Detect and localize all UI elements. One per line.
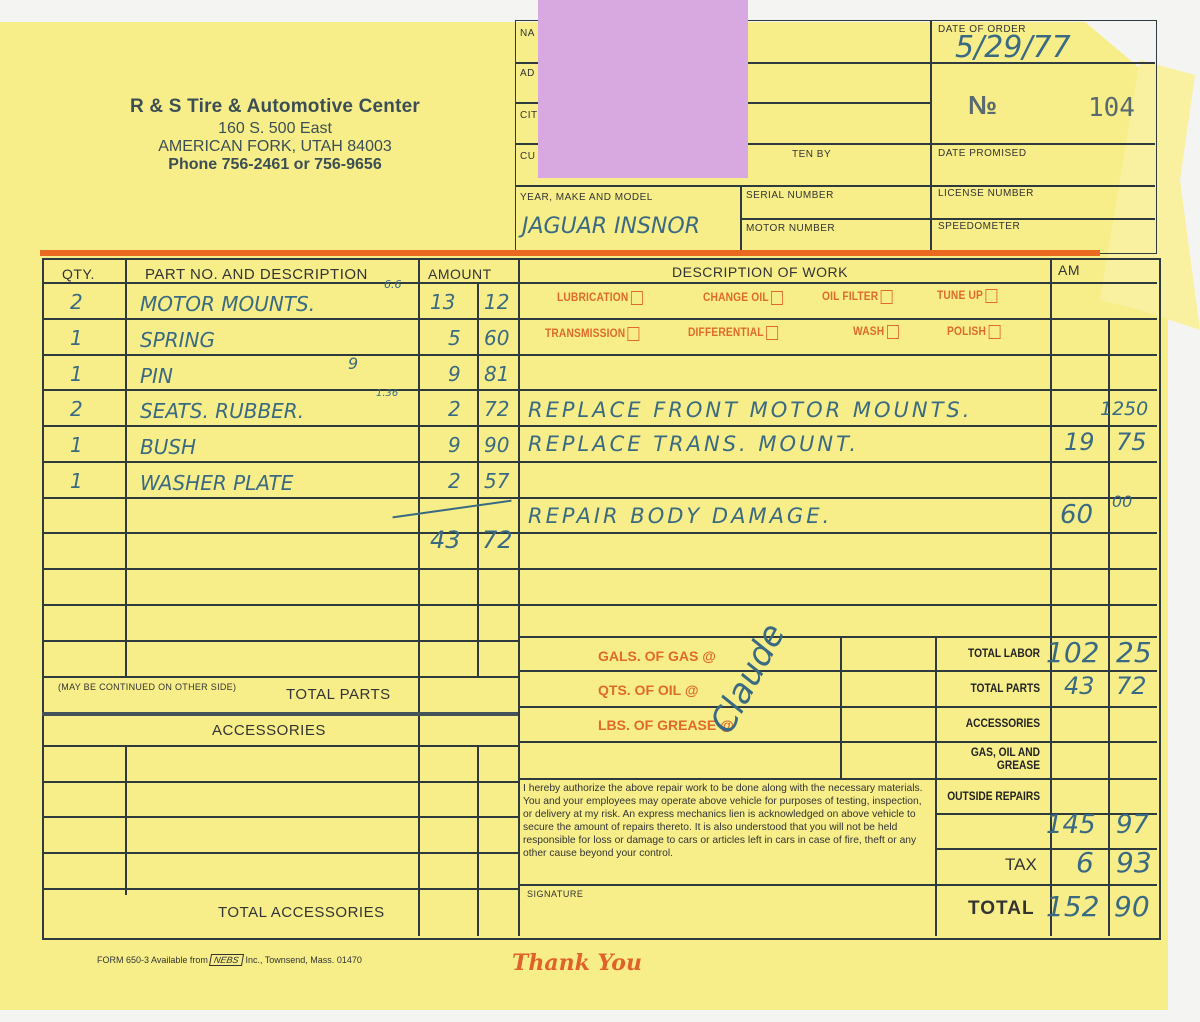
total-labor-label: TOTAL LABOR [947, 647, 1041, 660]
date-promised-label: DATE PROMISED [938, 148, 1027, 159]
note-cell: 1.36 [376, 388, 398, 399]
service-transmission[interactable]: TRANSMISSION [545, 326, 640, 341]
form-footer: FORM 650-3 Available from NEBS Inc., Tow… [97, 954, 362, 966]
subtotal-cents: 97 [1116, 810, 1149, 840]
description-cell: PIN [140, 364, 173, 388]
checkbox[interactable] [771, 291, 783, 305]
serial-number-label: SERIAL NUMBER [746, 190, 834, 201]
dollars-cell: 9 [448, 362, 461, 386]
service-lubrication[interactable]: LUBRICATION [557, 290, 643, 305]
checkbox[interactable] [766, 326, 778, 340]
total-parts-summary-dollars: 43 [1064, 672, 1095, 700]
service-wash[interactable]: WASH [853, 324, 899, 339]
written-by-label: TEN BY [792, 149, 831, 160]
cents-cell: 90 [484, 433, 509, 457]
qty-header: QTY. [62, 266, 95, 282]
total-accessories-label: TOTAL ACCESSORIES [218, 904, 385, 921]
work-text: REPLACE FRONT MOTOR MOUNTS. [528, 398, 972, 422]
note-cell: 9 [348, 354, 358, 373]
qty-cell: 1 [70, 433, 83, 457]
motor-number-label: MOTOR NUMBER [746, 223, 835, 234]
cents-cell: 12 [484, 290, 509, 314]
speedometer-label: SPEEDOMETER [938, 221, 1020, 232]
work-amount-header: AM [1058, 262, 1080, 278]
shop-header: R & S Tire & Automotive Center 160 S. 50… [80, 96, 470, 174]
total-parts-summary-label: TOTAL PARTS [947, 682, 1041, 695]
shop-street: 160 S. 500 East [80, 120, 470, 138]
form-publisher: Inc., Townsend, Mass. 01470 [245, 955, 361, 965]
qty-cell: 2 [70, 397, 83, 421]
authorization-text: I hereby authorize the above repair work… [523, 782, 933, 860]
total-labor-dollars: 102 [1046, 636, 1099, 669]
accessories-header: ACCESSORIES [212, 722, 326, 739]
note-cell: 6.6 [384, 278, 402, 291]
total-parts-summary-cents: 72 [1116, 672, 1147, 700]
service-differential[interactable]: DIFFERENTIAL [688, 325, 778, 340]
total-label: TOTAL [968, 898, 1035, 920]
cents-cell: 72 [484, 397, 509, 421]
description-cell: WASHER PLATE [140, 471, 293, 495]
service-polish[interactable]: POLISH [947, 324, 1000, 339]
outside-repairs-label: OUTSIDE REPAIRS [947, 790, 1041, 803]
checkbox[interactable] [881, 290, 893, 304]
cents-cell: 60 [484, 326, 509, 350]
work-header: DESCRIPTION OF WORK [672, 264, 848, 280]
total-cents: 90 [1114, 890, 1150, 923]
checkbox[interactable] [628, 327, 640, 341]
dollars-cell: 2 [448, 469, 461, 493]
date-of-order-value: 5/29/77 [955, 30, 1071, 65]
parts-subtotal-dollars: 43 [430, 526, 461, 554]
total-parts-label: TOTAL PARTS [286, 686, 391, 703]
service-oil-filter[interactable]: OIL FILTER [822, 289, 893, 304]
order-number-label: № [968, 90, 997, 121]
dollars-cell: 5 [448, 326, 461, 350]
checkbox[interactable] [986, 289, 998, 303]
qty-cell: 2 [70, 290, 83, 314]
cents-cell: 81 [484, 362, 509, 386]
dollars-cell: 2 [448, 397, 461, 421]
description-cell: SPRING [140, 328, 215, 352]
redaction-sticky-note [538, 0, 748, 178]
work-cents: 75 [1116, 428, 1147, 456]
qty-cell: 1 [70, 469, 83, 493]
work-dollars: 60 [1060, 500, 1093, 530]
total-dollars: 152 [1046, 890, 1099, 923]
description-cell: SEATS. RUBBER. [140, 399, 304, 423]
service-change-oil[interactable]: CHANGE OIL [703, 290, 783, 305]
work-cents: 00 [1112, 492, 1132, 511]
year-make-model-value: JAGUAR INSNOR [522, 214, 700, 239]
orange-divider [40, 250, 1100, 256]
description-cell: BUSH [140, 435, 196, 459]
work-cents: 50 [1124, 398, 1148, 420]
qty-cell: 1 [70, 362, 83, 386]
signature-label: SIGNATURE [527, 889, 583, 899]
work-text: REPLACE TRANS. MOUNT. [528, 432, 859, 456]
description-cell: MOTOR MOUNTS. [140, 292, 315, 316]
license-number-label: LICENSE NUMBER [938, 188, 1034, 199]
year-make-model-label: YEAR, MAKE AND MODEL [520, 192, 653, 203]
tax-label: TAX [1005, 855, 1037, 875]
total-labor-cents: 25 [1116, 636, 1152, 669]
customer-label: CU [520, 151, 535, 162]
service-tune-up[interactable]: TUNE UP [937, 288, 997, 303]
dollars-cell: 9 [448, 433, 461, 457]
checkbox[interactable] [631, 291, 643, 305]
work-dollars: 12 [1100, 398, 1124, 420]
checkbox[interactable] [887, 325, 899, 339]
amount-header: AMOUNT [428, 266, 492, 282]
shop-name: R & S Tire & Automotive Center [80, 96, 470, 118]
work-text: REPAIR BODY DAMAGE. [528, 504, 832, 528]
shop-city: AMERICAN FORK, UTAH 84003 [80, 138, 470, 156]
name-label: NA [520, 28, 535, 39]
subtotal-dollars: 145 [1046, 810, 1096, 840]
checkbox[interactable] [989, 325, 1001, 339]
nebs-logo: NEBS [209, 954, 244, 966]
continued-note: (MAY BE CONTINUED ON OTHER SIDE) [58, 682, 236, 692]
qty-cell: 1 [70, 326, 83, 350]
tax-cents: 93 [1116, 846, 1152, 879]
parts-subtotal-cents: 72 [482, 526, 513, 554]
city-label: CIT [520, 110, 538, 121]
qts-of-oil-label: QTS. OF OIL @ [598, 682, 699, 698]
order-number: 104 [1088, 93, 1135, 123]
address-label: AD [520, 68, 535, 79]
gals-of-gas-label: GALS. OF GAS @ [598, 648, 716, 664]
dollars-cell: 13 [430, 290, 455, 314]
form-number: FORM 650-3 Available from [97, 955, 208, 965]
accessories-summary-label: ACCESSORIES [947, 717, 1041, 730]
cents-cell: 57 [484, 469, 509, 493]
tax-dollars: 6 [1076, 846, 1094, 879]
description-header: PART NO. AND DESCRIPTION [145, 266, 368, 283]
gas-oil-grease-label: GAS, OIL AND GREASE [947, 746, 1041, 772]
work-dollars: 19 [1064, 428, 1095, 456]
shop-phone: Phone 756-2461 or 756-9656 [80, 156, 470, 174]
thank-you: Thank You [512, 950, 642, 976]
